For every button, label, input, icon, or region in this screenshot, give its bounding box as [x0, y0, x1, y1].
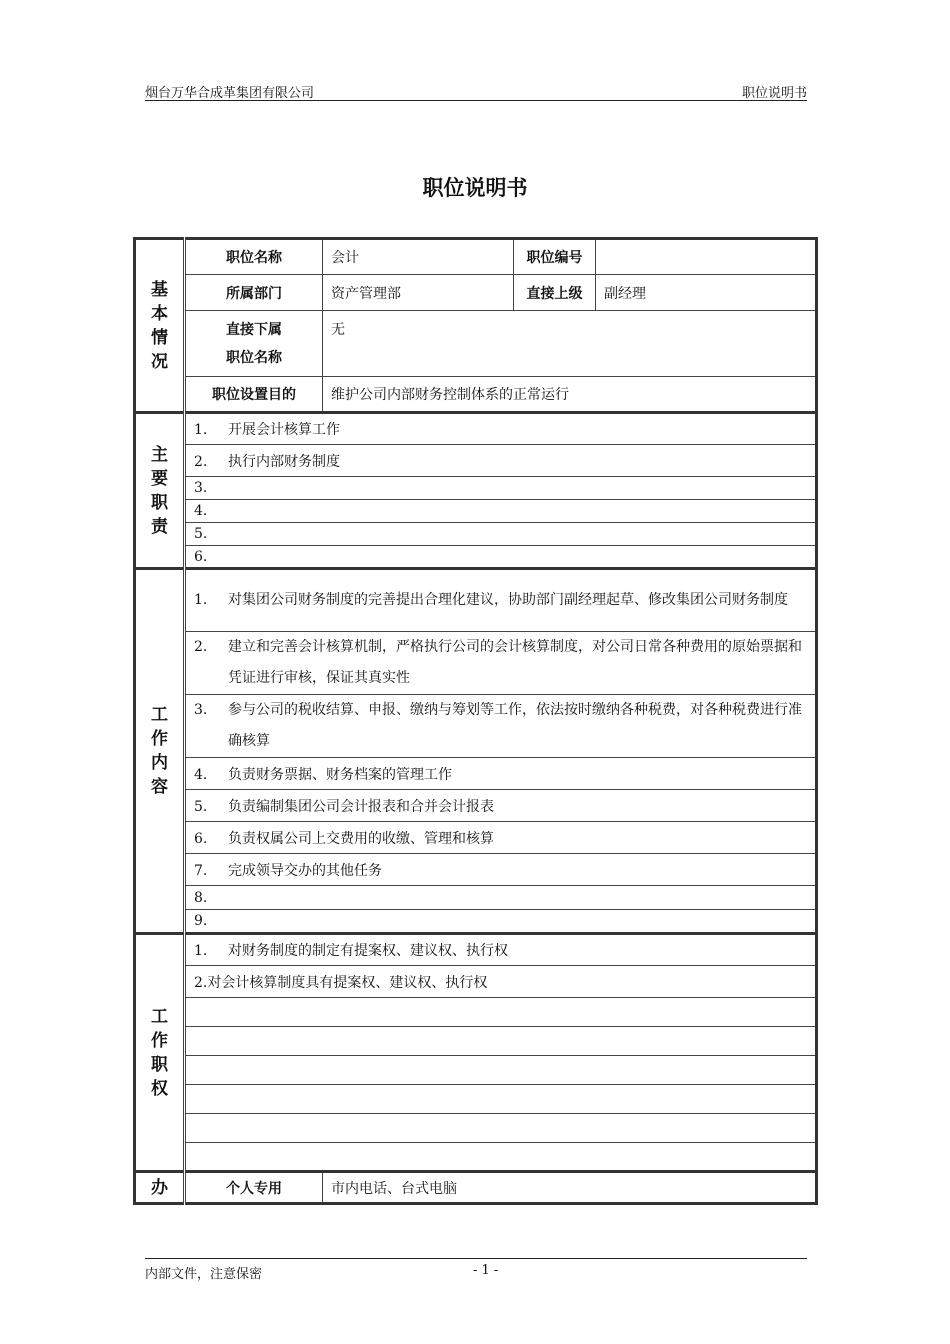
dept: 资产管理部 — [323, 275, 514, 311]
duty-item: 2.执行内部财务制度 — [185, 445, 817, 477]
authority-item: 1.对财务制度的制定有提案权、建议权、执行权 — [185, 934, 817, 966]
label-personal: 个人专用 — [185, 1172, 323, 1204]
company-name: 烟台万华合成革集团有限公司 — [145, 82, 314, 101]
work-item: 9. — [185, 910, 817, 934]
purpose: 维护公司内部财务控制体系的正常运行 — [323, 377, 817, 413]
work-item: 7.完成领导交办的其他任务 — [185, 854, 817, 886]
work-item: 8. — [185, 886, 817, 910]
work-item: 5.负责编制集团公司会计报表和合并会计报表 — [185, 790, 817, 822]
work-item: 6.负责权属公司上交费用的收缴、管理和核算 — [185, 822, 817, 854]
section-duties: 主要职责 — [135, 413, 185, 569]
work-item: 4.负责财务票据、财务档案的管理工作 — [185, 758, 817, 790]
authority-item — [185, 1143, 817, 1172]
authority-item — [185, 1027, 817, 1056]
superior: 副经理 — [596, 275, 817, 311]
personal-equipment: 市内电话、台式电脑 — [323, 1172, 817, 1204]
label-dept: 所属部门 — [185, 275, 323, 311]
duty-item: 6. — [185, 546, 817, 569]
label-purpose: 职位设置目的 — [185, 377, 323, 413]
doc-type: 职位说明书 — [742, 82, 807, 101]
section-basic: 基本情况 — [135, 239, 185, 413]
label-subordinate: 直接下属职位名称 — [185, 311, 323, 377]
page-footer: 内部文件，注意保密 - 1 - — [145, 1258, 807, 1282]
duty-item: 3. — [185, 477, 817, 500]
work-item: 3.参与公司的税收结算、申报、缴纳与筹划等工作，依法按时缴纳各种税费，对各种税费… — [185, 695, 817, 758]
label-position-no: 职位编号 — [514, 239, 596, 275]
page-title: 职位说明书 — [0, 172, 950, 202]
job-description-table: 基本情况 职位名称 会计 职位编号 所属部门 资产管理部 直接上级 副经理 直接… — [133, 237, 818, 1205]
authority-item: 2.对会计核算制度具有提案权、建议权、执行权 — [185, 966, 817, 998]
label-superior: 直接上级 — [514, 275, 596, 311]
page-header: 烟台万华合成革集团有限公司 职位说明书 — [145, 82, 807, 101]
section-authority: 工作职权 — [135, 934, 185, 1172]
work-item: 1.对集团公司财务制度的完善提出合理化建议，协助部门副经理起草、修改集团公司财务… — [185, 569, 817, 632]
subordinate: 无 — [323, 311, 817, 377]
footer-note: 内部文件，注意保密 — [145, 1267, 262, 1282]
authority-item — [185, 1114, 817, 1143]
section-office: 办 — [135, 1172, 185, 1204]
authority-item — [185, 998, 817, 1027]
section-work: 工作内容 — [135, 569, 185, 934]
authority-item — [185, 1085, 817, 1114]
duty-item: 1.开展会计核算工作 — [185, 413, 817, 445]
label-position-name: 职位名称 — [185, 239, 323, 275]
page-number: - 1 - — [473, 1263, 498, 1278]
duty-item: 5. — [185, 523, 817, 546]
authority-item — [185, 1056, 817, 1085]
work-item: 2.建立和完善会计核算机制，严格执行公司的会计核算制度，对公司日常各种费用的原始… — [185, 632, 817, 695]
position-name: 会计 — [323, 239, 514, 275]
position-no — [596, 239, 817, 275]
duty-item: 4. — [185, 500, 817, 523]
